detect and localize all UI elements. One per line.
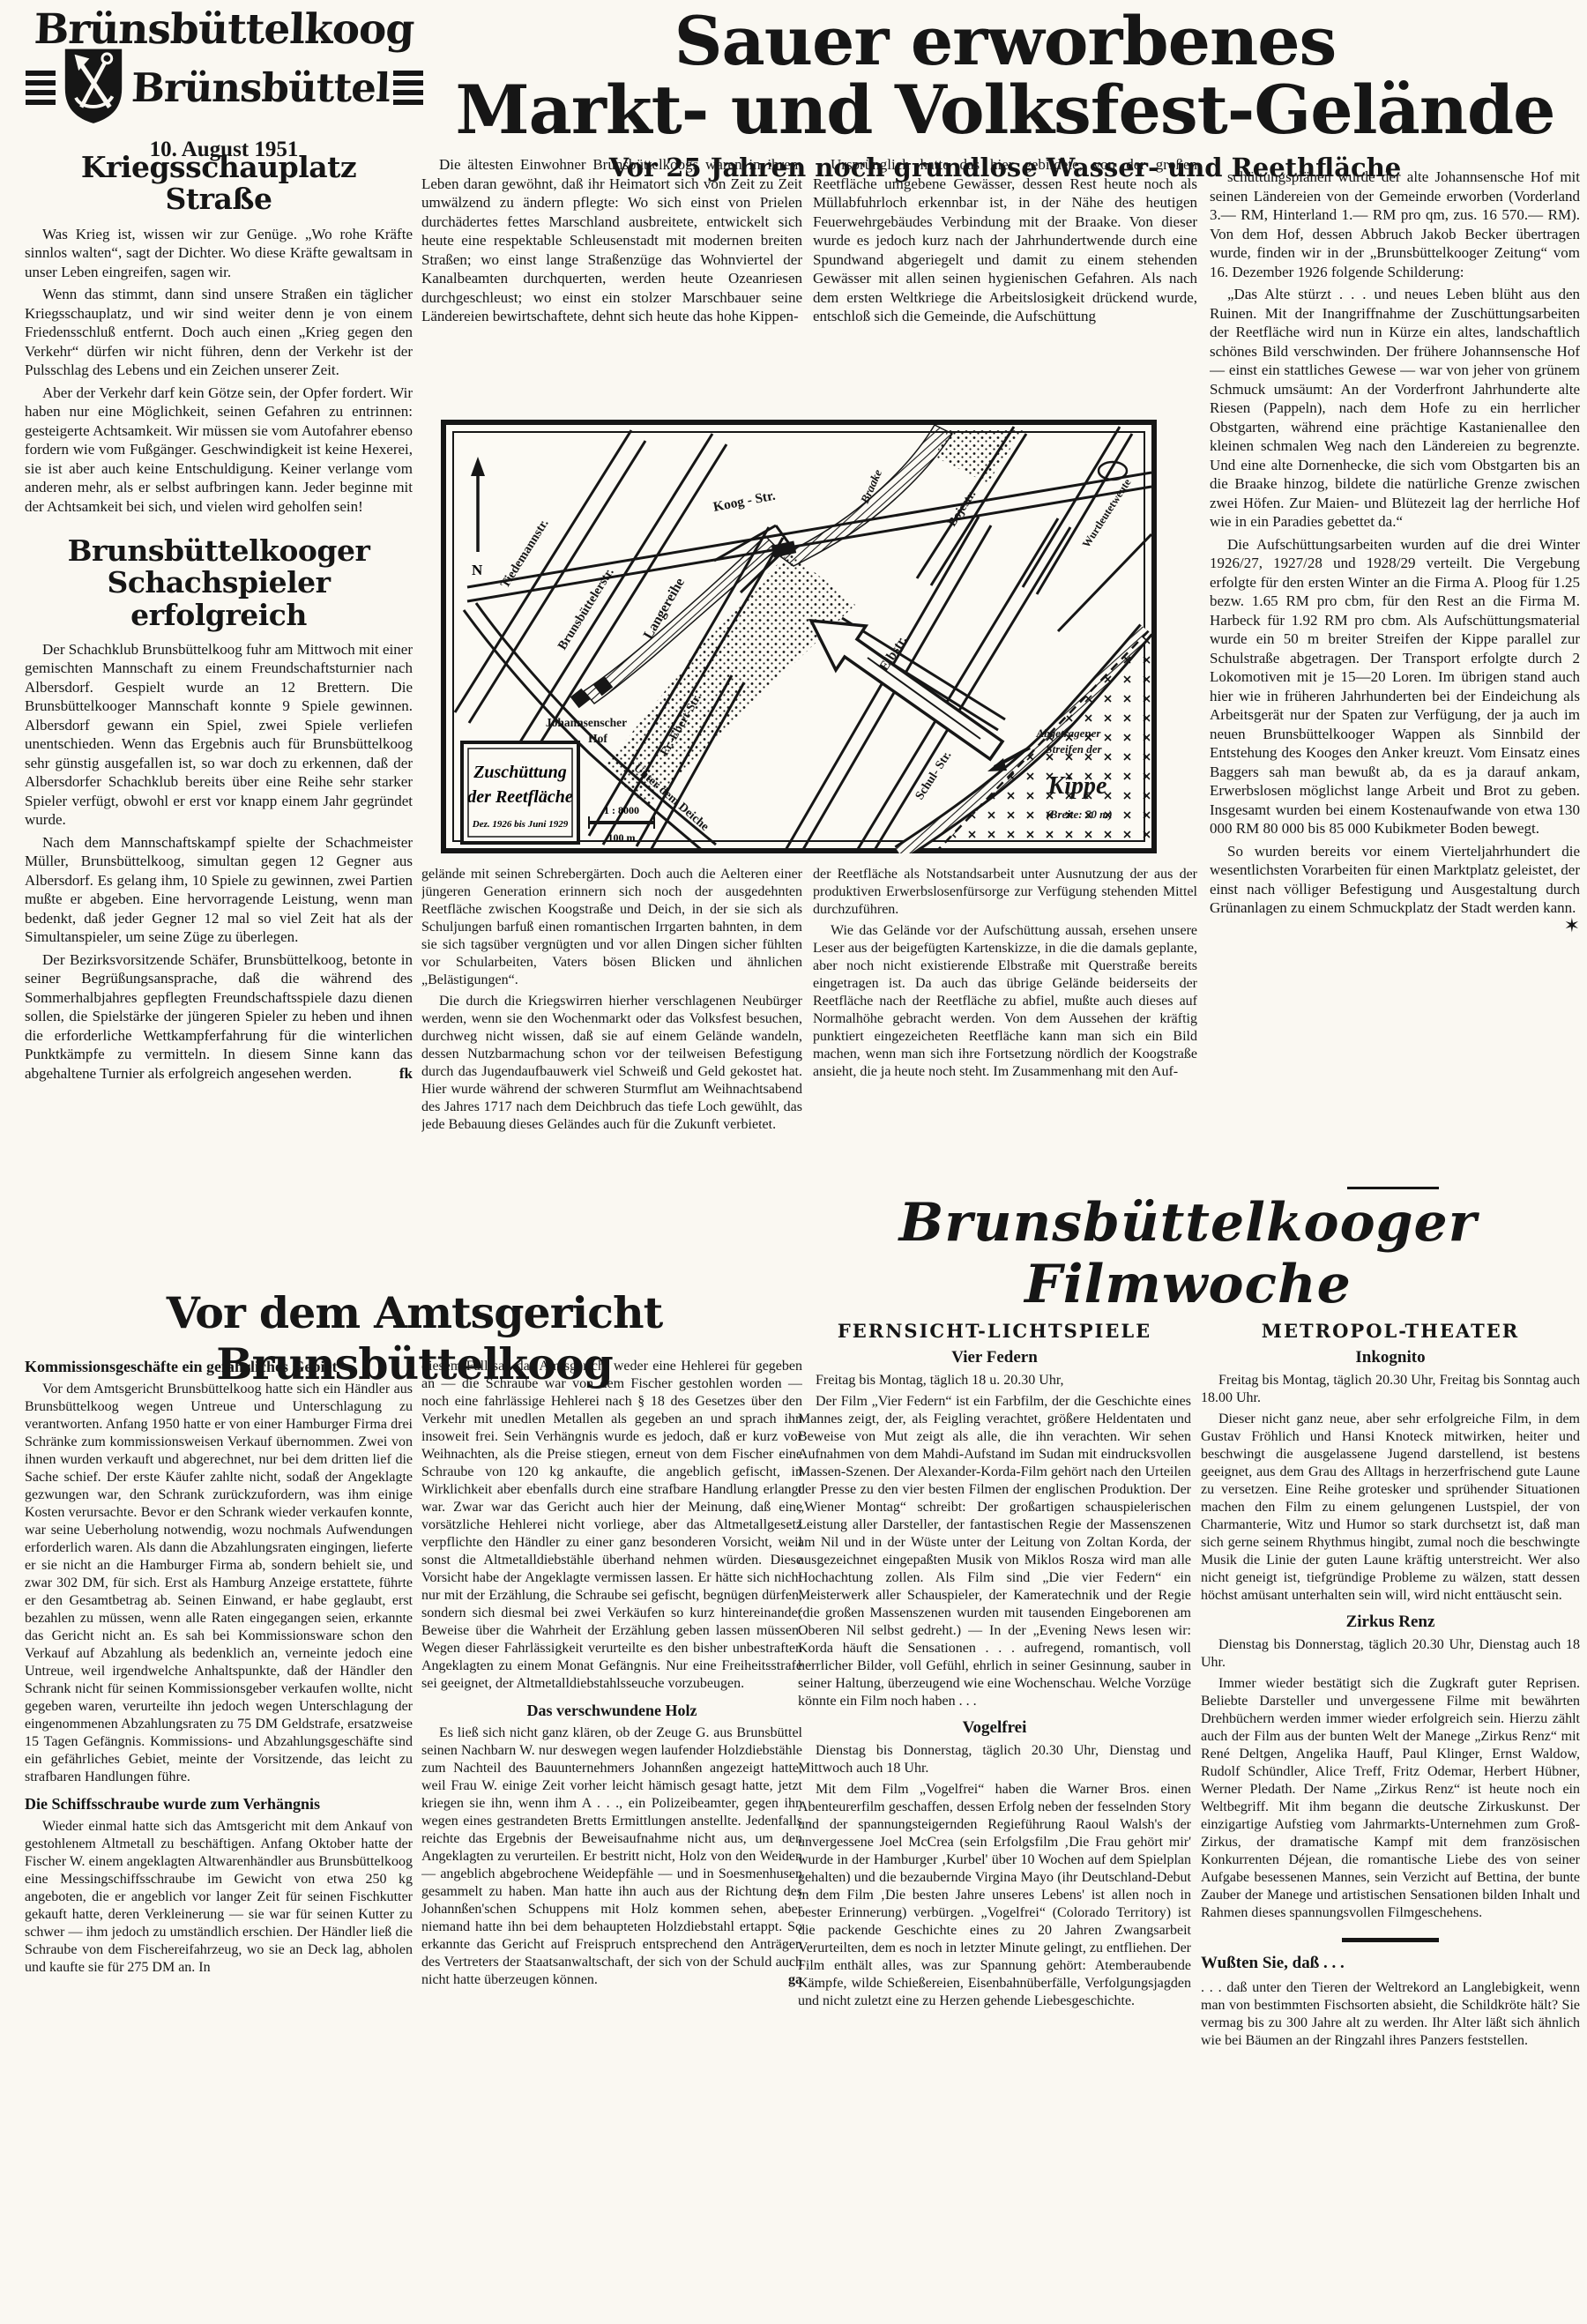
newspaper-page: Brünsbüttelkoog Brünsbüttel 10. August 1…	[0, 0, 1587, 2324]
column-left: Kriegsschauplatz Straße Was Krieg ist, w…	[25, 152, 413, 1278]
article-schach-title: Brunsbüttelkooger Schachspieler erfolgre…	[25, 535, 413, 631]
film-times-zirkus-renz: Dienstag bis Donnerstag, täglich 20.30 U…	[1201, 1636, 1580, 1672]
map-label-hof-line2: Hof	[588, 732, 607, 745]
map-label-kippe: Kippe	[1047, 772, 1107, 800]
cinema-name-metropol: METROPOL-THEATER	[1201, 1322, 1580, 1340]
crest-shield-icon	[59, 45, 128, 130]
map-svg: N Tiedemannstr. Brunsbüttelerstr. Langer…	[441, 420, 1157, 853]
map-label-abgetragen-line2: Streifen der	[1046, 742, 1102, 756]
feature-col2-bot-p2: Die durch die Kriegswirren hierher versc…	[421, 993, 802, 1134]
court-col2-p1: diesem Fall sah das Amtsgericht weder ei…	[421, 1358, 802, 1693]
feature-col2-top: Die ältesten Einwohner Brunsbüttelkoogs …	[421, 155, 802, 418]
article-kriegsschauplatz-p3: Aber der Verkehr darf kein Götze sein, d…	[25, 384, 413, 517]
film-column-fernsicht: FERNSICHT-LICHTSPIELE Vier Federn Freita…	[798, 1322, 1191, 2317]
feature-col4-p1: schüttungsplänen wurde der alte Johannse…	[1210, 168, 1580, 281]
map-scale-length: 100 m	[608, 831, 636, 844]
feature-col4-p2: „Das Alte stürzt . . . und neues Leben b…	[1210, 285, 1580, 532]
map-label-kippe-breite: (Breite: 50 m)	[1046, 808, 1112, 821]
film-times-vier-federn: Freitag bis Montag, täglich 18 u. 20.30 …	[798, 1372, 1191, 1389]
main-headline-line2: Markt- und Volksfest-Gelände	[441, 76, 1569, 145]
film-times-vogelfrei: Dienstag bis Donnerstag, täglich 20.30 U…	[798, 1742, 1191, 1777]
court-subhead-kommission: Kommissionsgeschäfte ein gefährliches Ge…	[25, 1358, 413, 1375]
article-kriegsschauplatz-p2: Wenn das stimmt, dann sind unsere Straße…	[25, 285, 413, 380]
article-schach-signature: fk	[364, 1064, 413, 1084]
cinema-name-fernsicht: FERNSICHT-LICHTSPIELE	[798, 1322, 1191, 1340]
article-schach-p3: Der Bezirksvorsitzende Schäfer, Brunsbüt…	[25, 950, 413, 1084]
article-kriegsschauplatz-title: Kriegsschauplatz Straße	[25, 152, 413, 216]
map-title-line2: der Reetfläche	[467, 787, 573, 807]
feature-col4-p4-text: So wurden bereits vor einem Vierteljahrh…	[1210, 843, 1580, 917]
article-schach-p1: Der Schachklub Brunsbüttelkoog fuhr am M…	[25, 640, 413, 830]
article-schach-title-line1: Brunsbüttelkooger	[68, 533, 370, 568]
map-title-box: Zuschüttung der Reetfläche Dez. 1926 bis…	[462, 742, 578, 843]
masthead: Brünsbüttelkoog Brünsbüttel 10. August 1…	[25, 9, 423, 162]
film-section-headline: Brunsbüttelkooger Filmwoche	[793, 1192, 1583, 1315]
feature-col4: schüttungsplänen wurde der alte Johannse…	[1210, 168, 1580, 1181]
court-subhead-holz: Das verschwundene Holz	[421, 1702, 802, 1719]
film-title-inkognito: Inkognito	[1201, 1349, 1580, 1367]
court-p-holz-text: Es ließ sich nicht ganz klären, ob der Z…	[421, 1725, 802, 1987]
article-kriegsschauplatz-p1: Was Krieg ist, wissen wir zur Genüge. „W…	[25, 225, 413, 282]
court-column-1: Kommissionsgeschäfte ein gefährliches Ge…	[25, 1358, 413, 2317]
map-label-abgetragen-line1: Abgetragener	[1036, 726, 1102, 740]
film-review-zirkus-renz: Immer wieder bestätigt sich die Zugkraft…	[1201, 1675, 1580, 1922]
article-schach-p2: Nach dem Mannschaftskampf spielte der Sc…	[25, 833, 413, 947]
svg-text:N: N	[472, 562, 483, 578]
film-review-vier-federn: Der Film „Vier Federn“ ist ein Farbfilm,…	[798, 1393, 1191, 1710]
main-headline-line1: Sauer erworbenes	[441, 7, 1569, 76]
film-title-zirkus-renz: Zirkus Renz	[1201, 1613, 1580, 1631]
trivia-divider-rule	[1342, 1938, 1439, 1942]
article-schach-p3-text: Der Bezirksvorsitzende Schäfer, Brunsbüt…	[25, 951, 413, 1082]
feature-col2-bot-p1: gelände mit seinen Schrebergärten. Doch …	[421, 866, 802, 989]
map-date-range: Dez. 1926 bis Juni 1929	[472, 819, 569, 830]
map-title-line1: Zuschüttung	[473, 763, 567, 782]
map-label-hof-line1: Johannsenscher	[546, 716, 627, 729]
map-figure: N Tiedemannstr. Brunsbüttelerstr. Langer…	[441, 420, 1157, 853]
banner-right-icon	[393, 71, 423, 106]
court-column-2: diesem Fall sah das Amtsgericht weder ei…	[421, 1358, 802, 2317]
masthead-town-line1: Brünsbüttelkoog	[24, 9, 424, 50]
feature-col3-bot-p1: der Reetfläche als Notstandsarbeit unter…	[813, 866, 1197, 919]
film-title-vier-federn: Vier Federn	[798, 1349, 1191, 1367]
masthead-town-line2: Brünsbüttel	[130, 64, 391, 111]
feature-col2-top-p: Die ältesten Einwohner Brunsbüttelkoogs …	[421, 155, 802, 326]
banner-left-icon	[26, 71, 56, 106]
feature-col4-p3: Die Aufschüttungsarbeiten wurden auf die…	[1210, 535, 1580, 838]
feature-col3-bot-p2: Wie das Gelände vor der Aufschüttung aus…	[813, 922, 1197, 1081]
feature-col3-bottom: der Reetfläche als Notstandsarbeit unter…	[813, 866, 1197, 1248]
masthead-row: Brünsbüttel	[25, 45, 423, 130]
article-end-star-icon: ✶	[1532, 918, 1580, 934]
film-review-inkognito: Dieser nicht ganz neue, aber sehr erfolg…	[1201, 1411, 1580, 1605]
feature-col3-top-p: Ursprünglich hatte das hier gebildete, v…	[813, 155, 1197, 326]
film-title-vogelfrei: Vogelfrei	[798, 1719, 1191, 1737]
film-column-metropol: METROPOL-THEATER Inkognito Freitag bis M…	[1201, 1322, 1580, 2317]
feature-col3-top: Ursprünglich hatte das hier gebildete, v…	[813, 155, 1197, 418]
court-p-schiffsschraube: Wieder einmal hatte sich das Amtsgericht…	[25, 1818, 413, 1977]
film-review-vogelfrei: Mit dem Film „Vogelfrei“ haben die Warne…	[798, 1781, 1191, 2010]
feature-col2-bottom: gelände mit seinen Schrebergärten. Doch …	[421, 866, 802, 1248]
court-signature: ga	[753, 1971, 802, 1989]
article-schach-title-line2: Schachspieler erfolgreich	[108, 565, 331, 631]
court-p-holz: Es ließ sich nicht ganz klären, ob der Z…	[421, 1724, 802, 1989]
court-p-kommission: Vor dem Amtsgericht Brunsbüttelkoog hatt…	[25, 1381, 413, 1786]
map-scale-ratio: 1 : 8000	[604, 804, 639, 816]
film-times-inkognito: Freitag bis Montag, täglich 20.30 Uhr, F…	[1201, 1372, 1580, 1407]
court-subhead-schiffsschraube: Die Schiffsschraube wurde zum Verhängnis	[25, 1795, 413, 1813]
trivia-heading: Wußten Sie, daß . . .	[1201, 1955, 1580, 1972]
trivia-text: . . . daß unter den Tieren der Weltrekor…	[1201, 1979, 1580, 2050]
feature-col4-p4: So wurden bereits vor einem Vierteljahrh…	[1210, 842, 1580, 918]
section-divider-rule	[1347, 1187, 1439, 1189]
